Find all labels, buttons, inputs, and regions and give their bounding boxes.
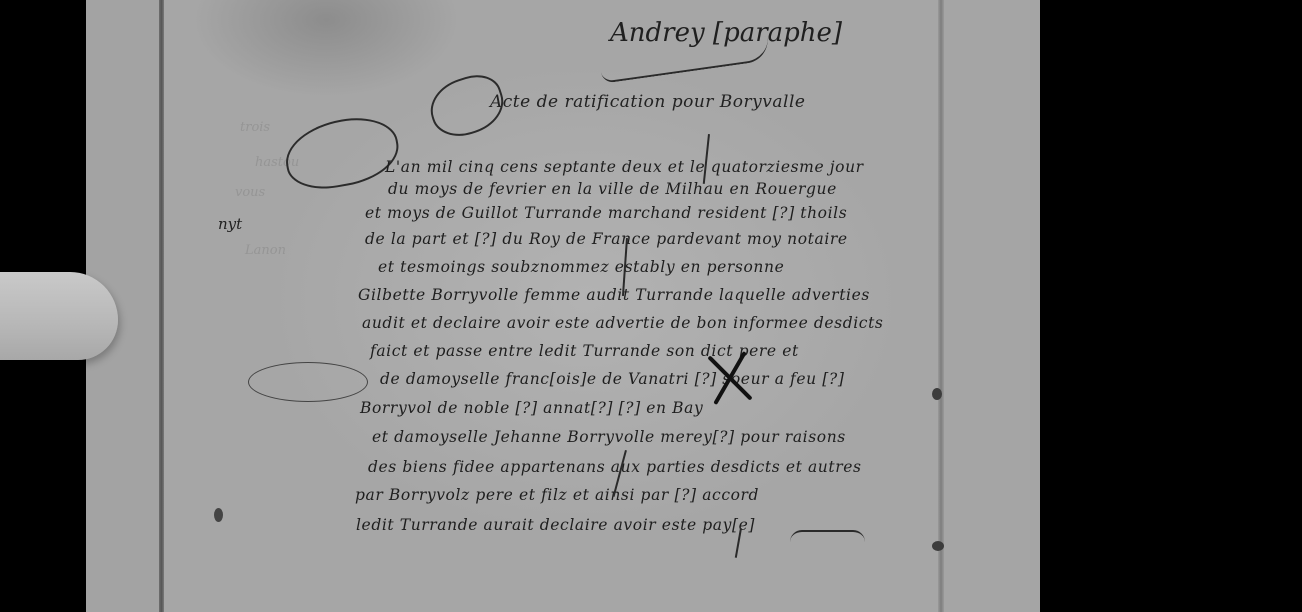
right-leaf: [944, 0, 1040, 612]
ink-blot: [932, 388, 942, 400]
body-line: des biens fidee appartenans aux parties …: [368, 458, 862, 476]
bleedthrough-text: vous: [235, 185, 265, 200]
bleedthrough-text: Lanon: [245, 243, 286, 258]
body-line: du moys de fevrier en la ville de Milhau…: [388, 180, 837, 198]
body-line: audit et declaire avoir este advertie de…: [362, 314, 883, 332]
body-line: Gilbette Borryvolle femme audit Turrande…: [358, 286, 870, 304]
body-line: de damoyselle franc[ois]e de Vanatri [?]…: [380, 370, 844, 388]
holding-finger: [0, 272, 118, 360]
cross-mark: [700, 348, 760, 408]
ink-blot: [932, 541, 944, 551]
act-heading: Acte de ratification pour Boryvalle: [490, 92, 805, 112]
margin-oval-mark: [248, 362, 368, 402]
body-line: et moys de Guillot Turrande marchand res…: [365, 204, 847, 222]
ink-blot: [214, 508, 223, 522]
closing-flourish: [790, 530, 865, 542]
body-line: Borryvol de noble [?] annat[?] [?] en Ba…: [360, 399, 703, 417]
body-line: L'an mil cinq cens septante deux et le q…: [385, 158, 864, 176]
body-line: et tesmoings soubznommez estably en pers…: [378, 258, 784, 276]
body-line: de la part et [?] du Roy de France parde…: [365, 230, 848, 248]
margin-note: nyt: [218, 215, 242, 233]
binding-fold: [159, 0, 164, 612]
body-line: ledit Turrande aurait declaire avoir est…: [356, 516, 755, 534]
body-line: par Borryvolz pere et filz et ainsi par …: [355, 486, 759, 504]
bleedthrough-text: trois: [240, 120, 270, 135]
body-line: et damoyselle Jehanne Borryvolle merey[?…: [372, 428, 846, 446]
